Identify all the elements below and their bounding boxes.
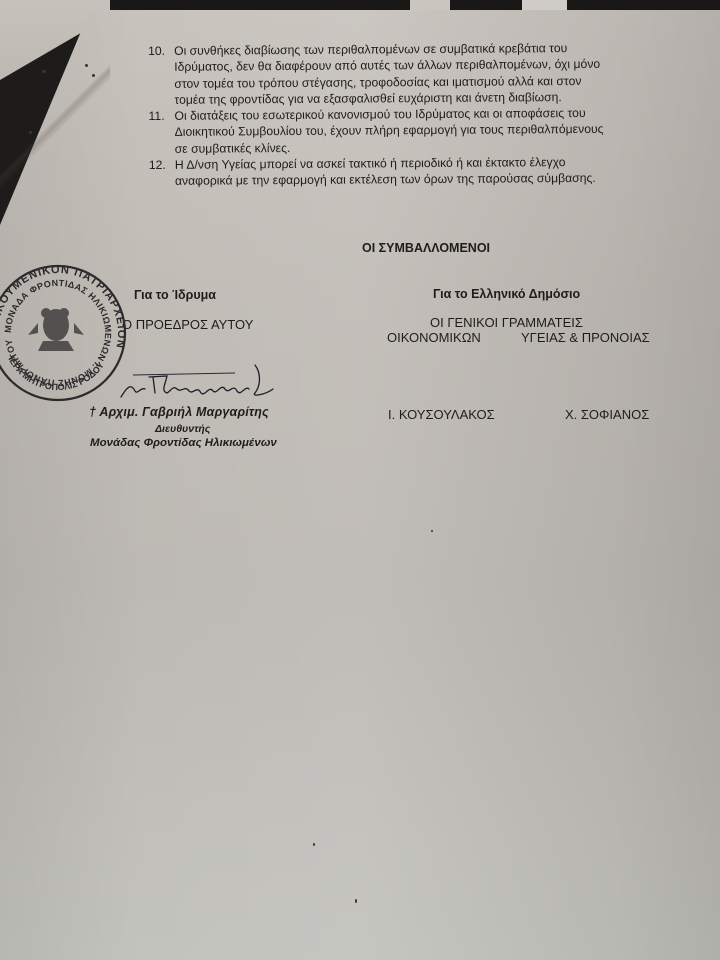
clause-line: Ιδρύματος, δεν θα διαφέρουν από αυτές τω… — [174, 56, 672, 76]
parties-heading: ΟΙ ΣΥΜΒΑΛΛΟΜΕΝΟΙ — [362, 241, 490, 255]
signer-name: † Αρχιμ. Γαβριήλ Μαργαρίτης — [89, 405, 269, 419]
clause-11: 11. Οι διατάξεις του εσωτερικού κανονισμ… — [148, 105, 672, 158]
clause-line: αναφορικά με την εφαρμογή και εκτέλεση τ… — [175, 170, 673, 190]
paper-speck — [92, 74, 95, 77]
eagle-emblem-icon — [28, 308, 84, 351]
institution-president: Ο ΠΡΟΕΔΡΟΣ ΑΥΤΟΥ — [122, 317, 253, 332]
official-stamp: ΟΙΚΟΥΜΕΝΙΚΟΝ ΠΑΤΡΙΑΡΧΕΙΟΝ ΜΟΝΑΔΑ ΦΡΟΝΤΙΔ… — [0, 263, 128, 403]
signatory-health: Χ. ΣΟΦΙΑΝΟΣ — [565, 407, 649, 422]
state-label: Για το Ελληνικό Δημόσιο — [433, 287, 580, 301]
signer-unit: Μονάδας Φροντίδας Ηλικιωμένων — [90, 437, 277, 449]
clause-number: 12. — [149, 157, 166, 173]
clause-line: Διοικητικού Συμβουλίου του, έχουν πλήρη … — [175, 121, 673, 141]
institution-label: Για το Ίδρυμα — [134, 288, 216, 302]
paper-speck — [355, 899, 357, 903]
paper-speck — [431, 530, 433, 532]
signatory-economics: Ι. ΚΟΥΣΟΥΛΑΚΟΣ — [388, 407, 495, 422]
signer-title: Διευθυντής — [155, 423, 210, 435]
clause-list: 10. Οι συνθήκες διαβίωσης των περιθαλπομ… — [148, 39, 673, 189]
clause-10: 10. Οι συνθήκες διαβίωσης των περιθαλπομ… — [148, 39, 672, 108]
signature — [115, 363, 285, 405]
ministry-economics: ΟΙΚΟΝΟΜΙΚΩΝ — [387, 330, 481, 345]
clause-number: 10. — [148, 43, 165, 59]
document-photo: 10. Οι συνθήκες διαβίωσης των περιθαλπομ… — [0, 0, 720, 960]
paper-speck — [42, 70, 46, 73]
page-edge — [0, 10, 110, 240]
clause-number: 11. — [148, 108, 164, 124]
ministry-health: ΥΓΕΙΑΣ & ΠΡΟΝΟΙΑΣ — [521, 330, 650, 345]
secretaries-general: ΟΙ ΓΕΝΙΚΟΙ ΓΡΑΜΜΑΤΕΙΣ — [430, 315, 583, 330]
paper-speck — [313, 843, 315, 846]
clause-12: 12. Η Δ/νση Υγείας μπορεί να ασκεί τακτι… — [149, 153, 673, 189]
paper-speck — [85, 64, 88, 67]
paper-speck — [29, 131, 32, 134]
